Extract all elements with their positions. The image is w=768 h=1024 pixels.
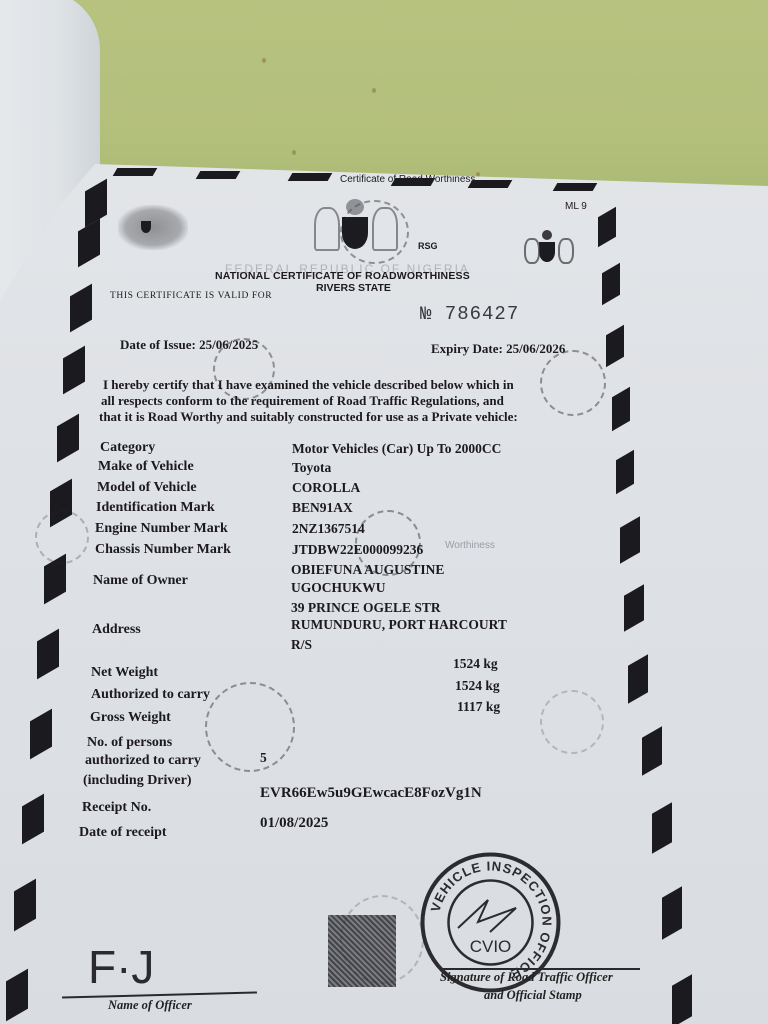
- border-stripe: [70, 284, 92, 333]
- border-stripe: [553, 183, 598, 191]
- shield-icon: [141, 221, 151, 233]
- authorized-carry-label: Authorized to carry: [91, 687, 210, 703]
- address-line: R/S: [291, 637, 312, 653]
- border-stripe: [620, 516, 640, 564]
- persons-value: 5: [260, 750, 267, 766]
- border-stripe: [616, 450, 634, 494]
- address-line: 39 PRINCE OGELE STR: [291, 600, 441, 616]
- border-stripe: [662, 886, 682, 940]
- field-value-model: COROLLA: [292, 480, 360, 496]
- border-stripe: [63, 346, 85, 395]
- gross-weight-value: 1117 kg: [457, 699, 500, 715]
- field-value-chassis: JTDBW22E000099236: [292, 542, 423, 558]
- persons-label-line: No. of persons: [87, 735, 172, 751]
- border-stripe: [22, 794, 44, 845]
- border-stripe: [288, 173, 333, 181]
- certification-line: all respects conform to the requirement …: [101, 392, 504, 409]
- field-label-category: Category: [100, 440, 155, 456]
- expiry-date-row: Expiry Date: 25/06/2026: [431, 341, 565, 357]
- surface-spot: [292, 150, 296, 155]
- expiry-date-label: Expiry Date:: [431, 341, 503, 356]
- border-stripe: [14, 879, 36, 932]
- certification-line: that it is Road Worthy and suitably cons…: [99, 408, 518, 425]
- coat-of-arms-center-icon: [310, 195, 410, 265]
- date-of-receipt-label: Date of receipt: [79, 825, 167, 841]
- border-stripe: [37, 629, 59, 680]
- field-value-make: Toyota: [292, 460, 331, 476]
- border-stripe: [196, 171, 241, 179]
- persons-label-line: (including Driver): [83, 773, 192, 789]
- receipt-no-label: Receipt No.: [82, 800, 151, 816]
- border-stripe: [602, 263, 620, 305]
- net-weight-label: Net Weight: [91, 665, 158, 681]
- address-line: RUMUNDURU, PORT HARCOURT: [291, 617, 507, 633]
- official-seal-stamp: [540, 690, 604, 754]
- date-of-receipt-value: 01/08/2025: [260, 815, 328, 832]
- receipt-no-value: EVR66Ew5u9GEwcacE8FozVg1N: [260, 785, 482, 802]
- official-seal-stamp: [205, 682, 295, 772]
- field-label-make: Make of Vehicle: [98, 459, 194, 475]
- certificate-title: NATIONAL CERTIFICATE OF ROADWORTHINESS: [215, 270, 470, 282]
- officer-signature: F·J: [88, 940, 154, 994]
- coat-of-arms-right-icon: [520, 228, 575, 270]
- border-stripe: [628, 654, 648, 704]
- border-stripe: [78, 219, 100, 268]
- address-label: Address: [92, 622, 141, 638]
- field-label-engine: Engine Number Mark: [95, 521, 228, 537]
- signature-caption-line: and Official Stamp: [484, 988, 582, 1003]
- field-label-identification: Identification Mark: [96, 500, 215, 516]
- certification-line: I hereby certify that I have examined th…: [103, 376, 514, 393]
- border-stripe: [57, 414, 79, 463]
- field-value-engine: 2NZ1367514: [292, 521, 365, 537]
- gross-weight-label: Gross Weight: [90, 710, 171, 726]
- field-label-model: Model of Vehicle: [97, 480, 197, 496]
- field-label-chassis: Chassis Number Mark: [95, 542, 231, 558]
- surface-spot: [372, 88, 376, 93]
- net-weight-value: 1524 kg: [453, 656, 498, 672]
- owner-name-line: UGOCHUKWU: [291, 580, 386, 596]
- owner-name-line: OBIEFUNA AUGUSTINE: [291, 562, 444, 578]
- border-stripe: [598, 207, 616, 247]
- rsg-label: RSG: [418, 241, 438, 251]
- surface-spot: [476, 172, 480, 177]
- persons-label-line: authorized to carry: [85, 753, 201, 769]
- border-stripe: [30, 709, 52, 760]
- official-seal-stamp: [35, 510, 89, 564]
- date-of-issue-label: Date of Issue:: [120, 337, 196, 352]
- watermark-text: Worthiness: [445, 540, 495, 551]
- coat-of-arms-left-icon: [118, 205, 188, 250]
- official-seal-stamp: [340, 895, 424, 984]
- valid-for-label: THIS CERTIFICATE IS VALID FOR: [110, 291, 272, 301]
- signature-caption-line: Signature of Road Traffic Officer: [440, 970, 613, 985]
- owner-label: Name of Owner: [93, 573, 188, 589]
- border-stripe: [606, 325, 624, 367]
- official-seal-stamp: [540, 350, 606, 416]
- authorized-carry-value: 1524 kg: [455, 678, 500, 694]
- border-stripe: [652, 802, 672, 854]
- border-stripe: [612, 387, 630, 431]
- border-stripe: [624, 584, 644, 632]
- svg-text:CVIO: CVIO: [470, 937, 512, 956]
- border-stripe: [642, 726, 662, 776]
- surface-spot: [262, 58, 266, 63]
- form-code: ML 9: [565, 201, 587, 212]
- field-value-identification: BEN91AX: [292, 500, 353, 516]
- field-value-category: Motor Vehicles (Car) Up To 2000CC: [292, 441, 501, 457]
- border-stripe: [672, 974, 692, 1024]
- border-stripe: [6, 969, 28, 1022]
- serial-number: № 786427: [420, 303, 519, 325]
- state-title: RIVERS STATE: [316, 282, 391, 294]
- border-stripe: [113, 168, 158, 176]
- officer-caption: Name of Officer: [108, 998, 192, 1013]
